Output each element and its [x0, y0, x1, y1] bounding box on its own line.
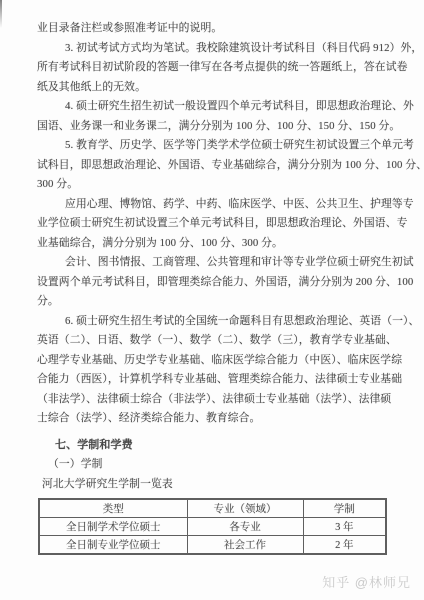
text-line: 国语、业务课一和业务课二，满分分别为 100 分、100 分、150 分、150…	[37, 117, 389, 137]
table-caption: 河北大学研究生学制一览表	[37, 475, 389, 495]
table-row: 全日制学术学位硕士 各专业 3 年	[39, 518, 386, 536]
text-line: 业学位硕士研究生初试设置三个单元考试科目，即思想政治理论、外国语、专	[37, 214, 389, 234]
text-line: 试科目，即思想政治理论、外国语、专业基础综合，满分分别为 100 分、100 分…	[37, 156, 389, 176]
table-header-row: 类型 专业（领域） 学制	[39, 499, 386, 518]
cell-duration: 2 年	[303, 536, 386, 555]
text-line: 业基础综合，满分分别为 100 分、100 分、300 分。	[37, 234, 389, 254]
text-line: 分。	[37, 292, 389, 312]
cell-type: 全日制专业学位硕士	[39, 536, 187, 555]
text-line: 英语（二）、日语、数学（一）、数学（二）、数学（三），教育学专业基础、	[37, 331, 389, 351]
text-line: 5. 教育学、历史学、医学等门类学术学位硕士研究生初试设置三个单元考	[37, 136, 389, 156]
header-duration: 学制	[303, 499, 386, 518]
text-line: （非法学）、法律硕士综合（非法学）、法律硕士专业基础（法学）、法律硕	[37, 390, 389, 410]
cell-major: 各专业	[187, 518, 303, 536]
zhihu-watermark: 知乎 @林师兄	[322, 572, 411, 591]
table-row: 全日制专业学位硕士 社会工作 2 年	[39, 536, 386, 555]
subsection-heading: （一）学制	[37, 455, 389, 475]
section-heading: 七、学制和学费	[37, 436, 389, 456]
text-line: 300 分。	[37, 175, 389, 195]
text-line: 所有考试科目初试阶段的答题一律写在各考点提供的统一答题纸上，答在试卷	[37, 58, 389, 78]
header-type: 类型	[39, 499, 187, 518]
study-duration-table: 类型 专业（领域） 学制 全日制学术学位硕士 各专业 3 年 全日制专业学位硕士…	[38, 498, 387, 555]
text-line: 纸及其他纸上的无效。	[37, 78, 389, 98]
document-page: 业目录备注栏或参照准考证中的说明。 3. 初试考试方式均为笔试。我校除建筑设计考…	[37, 19, 389, 555]
cell-major: 社会工作	[187, 536, 303, 555]
cell-duration: 3 年	[303, 518, 386, 536]
text-line: 士综合（法学）、经济类综合能力、教育综合。	[37, 409, 389, 429]
text-line: 6. 硕士研究生招生考试的全国统一命题科目有思想政治理论、英语（一）、	[37, 312, 389, 332]
text-line: 业目录备注栏或参照准考证中的说明。	[37, 19, 389, 39]
text-line: 4. 硕士研究生招生初试一般设置四个单元考试科目，即思想政治理论、外	[37, 97, 389, 117]
text-line: 会计、图书情报、工商管理、公共管理和审计等专业学位硕士研究生初试	[37, 253, 389, 273]
text-line: 心理学专业基础、历史学专业基础、临床医学综合能力（中医）、临床医学综	[37, 351, 389, 371]
scan-edge-artifact	[0, 0, 2, 28]
text-line: 设置两个单元考试科目，即管理类综合能力、外国语，满分分别为 200 分、100	[37, 273, 389, 293]
cell-type: 全日制学术学位硕士	[39, 518, 187, 536]
text-line: 合能力（西医），计算机学科专业基础、管理类综合能力、法律硕士专业基础	[37, 370, 389, 390]
text-line: 应用心理、博物馆、药学、中药、临床医学、中医、公共卫生、护理等专	[37, 195, 389, 215]
text-line: 3. 初试考试方式均为笔试。我校除建筑设计考试科目（科目代码 912）外，	[37, 39, 389, 59]
header-major: 专业（领域）	[187, 499, 303, 518]
